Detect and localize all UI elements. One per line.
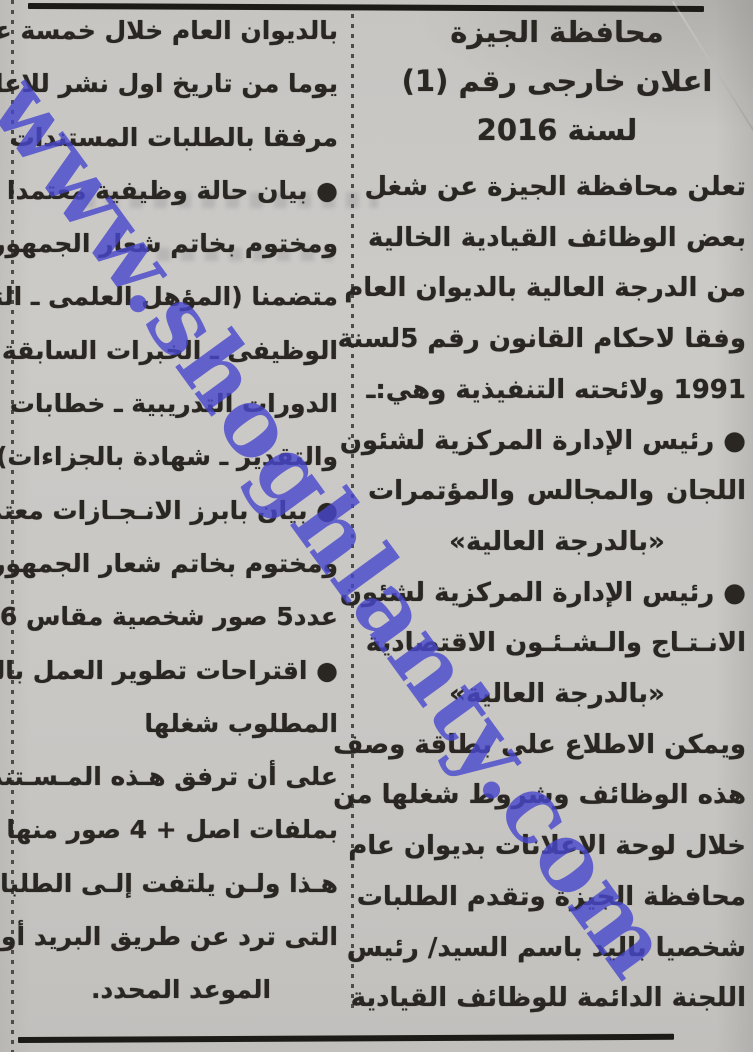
text-line: هـذا ولـن يلتفت إلـى الطلبات (24, 857, 338, 910)
text-line: التى ترد عن طريق البريد أو بعد (24, 910, 338, 963)
text-line: الوظيفى ـ الخبرات السابقة ـ (24, 324, 338, 377)
text-line: من الدرجة العالية بالديوان العام (368, 263, 746, 314)
announcement-header: محافظة الجيزة اعلان خارجى رقم (1) لسنة 2… (368, 8, 746, 155)
text-line: اللجان والمجالس والمؤتمرات (368, 466, 746, 517)
text-line: الانـتـاج والـشـئـون الاقتصادية (368, 618, 746, 669)
text-line: خلال لوحة الاعلانات بديوان عام (368, 821, 746, 872)
text-line: بعض الوظائف القيادية الخالية (368, 213, 746, 264)
text-line: «بالدرجة العالية» (368, 517, 746, 568)
text-line: الموعد المحدد. (24, 963, 338, 1016)
text-line: ● رئيس الإدارة المركزية لشئون (368, 568, 746, 619)
text-line: متضمنا (المؤهل العلمى ـ التدرج (24, 270, 338, 323)
text-line: وفقا لاحكام القانون رقم 5لسنة (368, 314, 746, 365)
text-line: تعلن محافظة الجيزة عن شغل (368, 162, 746, 213)
text-line: ● بيان حالة وظيفية معتمدا (24, 164, 338, 217)
text-line: ويمكن الاطلاع على بطاقة وصف (368, 720, 746, 771)
text-line: اللجنة الدائمة للوظائف القيادية (368, 973, 746, 1024)
continuation-column: بالديوان العام خلال خمسة عشريوما من تاري… (24, 4, 338, 1017)
text-line: عدد5 صور شخصية مقاس 6×4 (24, 590, 338, 643)
text-line: الدورات التدريبية ـ خطابات الشكر (24, 377, 338, 430)
governorate-title: محافظة الجيزة (368, 8, 746, 57)
newspaper-clipping: محافظة الجيزة اعلان خارجى رقم (1) لسنة 2… (0, 0, 753, 1052)
text-line: ● رئيس الإدارة المركزية لشئون (368, 416, 746, 467)
text-line: بالديوان العام خلال خمسة عشر (24, 4, 338, 57)
text-line: بملفات اصل + 4 صور منها (24, 803, 338, 856)
announcement-year-title: لسنة 2016 (368, 106, 746, 155)
text-line: على أن ترفق هـذه المـسـتندات (24, 750, 338, 803)
text-line: ومختوم بخاتم شعار الجمهورية + (24, 537, 338, 590)
text-line: ● اقتراحات تطوير العمل بالوظيفة (24, 644, 338, 697)
text-line: شخصيا باليد باسم السيد/ رئيس (368, 923, 746, 974)
text-line: ومختوم بخاتم شعار الجمهورية (24, 217, 338, 270)
text-line: محافظة الجيزة وتقدم الطلبات (368, 872, 746, 923)
announcement-body: تعلن محافظة الجيزة عن شغلبعض الوظائف الق… (368, 162, 746, 1024)
text-line: يوما من تاريخ اول نشر للاعلان (24, 57, 338, 110)
text-line: ● بيان بابرز الانـجـازات معتمدا (24, 484, 338, 537)
bottom-rule (18, 1034, 674, 1043)
announcement-number-title: اعلان خارجى رقم (1) (368, 57, 746, 106)
text-line: والتقدير ـ شهادة بالجزاءات) (24, 430, 338, 483)
text-line: «بالدرجة العالية» (368, 669, 746, 720)
text-line: 1991 ولائحته التنفيذية وهي:ـ (368, 365, 746, 416)
text-line: المطلوب شغلها (24, 697, 338, 750)
text-line: هذه الوظائف وشروط شغلها من (368, 770, 746, 821)
text-line: مرفقا بالطلبات المستندات الاتية:ـ (24, 111, 338, 164)
